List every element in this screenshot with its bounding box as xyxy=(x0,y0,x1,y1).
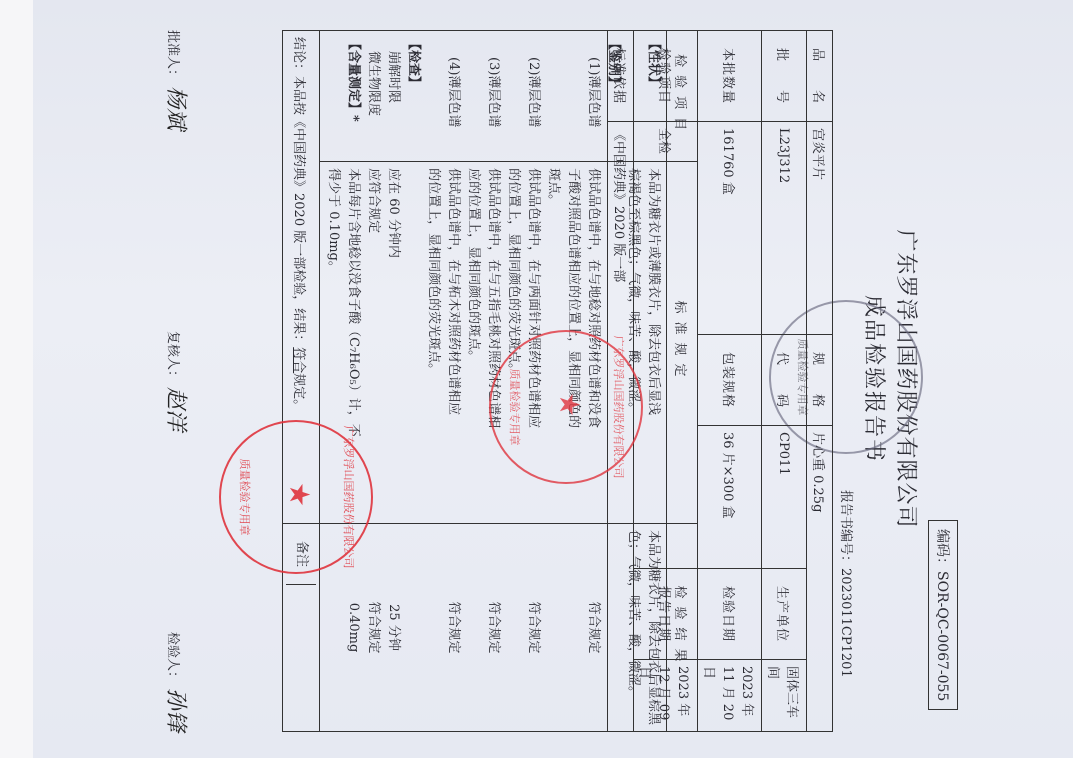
quantity-value: 161760 盒 xyxy=(698,122,762,335)
item-name: (1)薄层色谱 xyxy=(583,37,603,155)
item-name: 崩解时限 xyxy=(383,37,403,155)
standard-line: 应的位置上，显相同颜色的斑点。 xyxy=(463,168,483,517)
inspector-signature: 孙锋 xyxy=(163,688,188,732)
quantity-label: 本批数量 xyxy=(698,31,762,122)
standard-line: 的位置上，显相同颜色的荧光斑点。 xyxy=(423,168,443,517)
section-inspection: 【检查】 xyxy=(403,37,423,155)
test-date-value: 2023 年 11 月 20 日 xyxy=(698,660,762,732)
items-header-result: 检验结果 xyxy=(667,523,698,731)
scan-edge xyxy=(0,0,33,758)
conclusion-result: 符合 xyxy=(292,347,307,373)
signature-row: 批准人：杨斌 复核人：赵洋 检验人：孙锋 xyxy=(162,30,193,732)
product-name-value: 宫炎平片 xyxy=(807,122,833,335)
producer-value: 固体三车间 xyxy=(762,660,807,732)
inspector: 检验人：孙锋 xyxy=(162,632,193,732)
items-header-standard: 标准规定 xyxy=(667,162,698,524)
pack-value: 36 片×300 盒 xyxy=(698,426,762,569)
result-line: 符合规定 xyxy=(483,530,503,725)
test-date-label: 检验日期 xyxy=(698,569,762,660)
item-name: (4)薄层色谱 xyxy=(443,37,463,155)
document-page: 编码：SOR-QC-0067-055 广东罗浮山国药股份有限公司 成品检验报告书… xyxy=(0,0,1073,758)
standard-line: 本品为糖衣片或薄膜衣片，除去包衣后显浅 xyxy=(643,168,663,517)
pack-label: 包装规格 xyxy=(698,335,762,426)
spec-value: 片心重 0.25g xyxy=(807,426,833,732)
result-line: 25 分钟 xyxy=(383,530,403,725)
report-number-value: 2023011CP1201 xyxy=(838,568,853,678)
reviewer-signature: 赵洋 xyxy=(163,387,188,431)
producer-label: 生产单位 xyxy=(762,569,807,660)
standard-line: 供试品色谱中，在与柘木对照药材色谱相应 xyxy=(443,168,463,517)
item-name: (3)薄层色谱 xyxy=(483,37,503,155)
document-code: 编码：SOR-QC-0067-055 xyxy=(928,520,958,710)
section-appearance: 【性状】 xyxy=(643,37,663,155)
items-column: 【性状】 【鉴别】 (1)薄层色谱 (2)薄层色谱 (3)薄层色谱 (4)薄层色… xyxy=(320,31,667,162)
item-name: (2)薄层色谱 xyxy=(523,37,543,155)
product-name-label: 品 名 xyxy=(807,31,833,122)
code-label: 代 码 xyxy=(762,335,807,426)
result-line: 本品为糖衣片，除去包衣后显棕黑 xyxy=(643,530,663,725)
result-line: 符合规定 xyxy=(583,530,603,725)
result-line: 符合规定 xyxy=(363,530,383,725)
section-identification: 【鉴别】 xyxy=(603,37,623,155)
item-name: 微生物限度 xyxy=(363,37,383,155)
spec-label: 规 格 xyxy=(807,335,833,426)
results-column: 本品为糖衣片，除去包衣后显棕黑 色；气微，味苦、酸，微涩。 符合规定 符合规定 … xyxy=(320,523,667,731)
approver: 批准人：杨斌 xyxy=(162,30,193,130)
star-icon: ★ xyxy=(283,482,316,507)
standard-line: 应在 60 分钟内 xyxy=(383,168,403,517)
report-number-label: 报告书编号： xyxy=(838,490,853,568)
code-value: CP011 xyxy=(762,426,807,569)
result-line: 色；气微，味苦、酸，微涩。 xyxy=(623,530,643,725)
result-line: 符合规定 xyxy=(523,530,543,725)
reviewer: 复核人：赵洋 xyxy=(162,331,193,431)
batch-value: L23J312 xyxy=(762,122,807,335)
batch-label: 批 号 xyxy=(762,31,807,122)
standard-line: 供试品色谱中，在与五指毛桃对照药材色谱相 xyxy=(483,168,503,517)
star-icon: ★ xyxy=(553,392,586,417)
result-line: 符合规定 xyxy=(443,530,463,725)
approver-signature: 杨斌 xyxy=(163,86,188,130)
company-stamp-red: 广东罗浮山国药股份有限公司 ★ 质量检验专用章 xyxy=(489,330,643,484)
report-number: 报告书编号：2023011CP1201 xyxy=(838,490,857,678)
quality-stamp-red: 广东罗浮山国药股份有限公司 ★ 质量检验专用章 xyxy=(219,420,373,574)
items-header-item: 检验项目 xyxy=(667,31,698,162)
section-assay: 【含量测定】* xyxy=(343,37,363,155)
